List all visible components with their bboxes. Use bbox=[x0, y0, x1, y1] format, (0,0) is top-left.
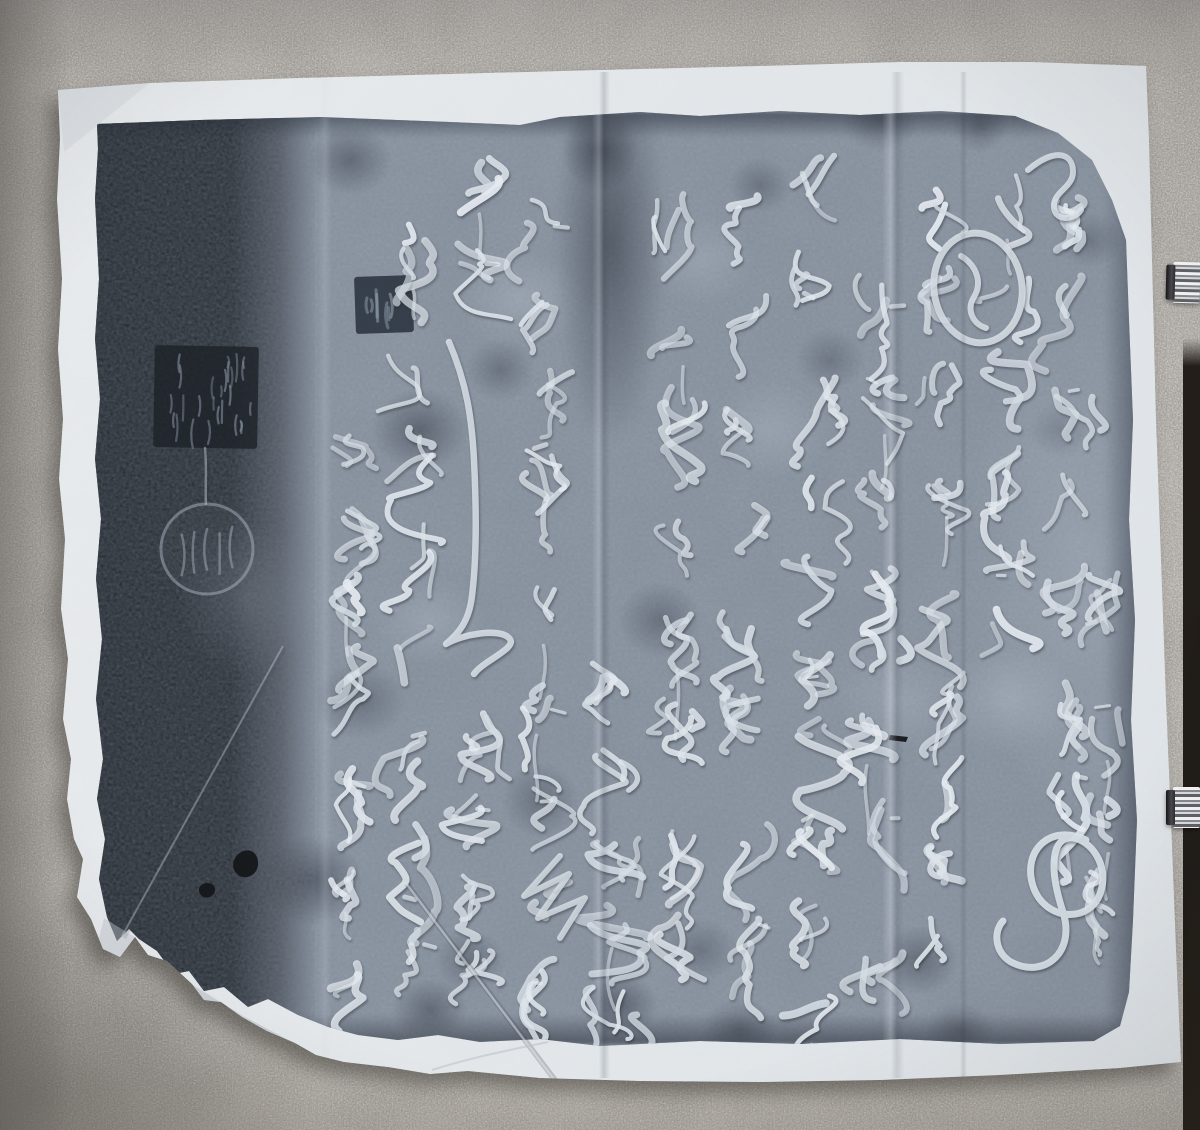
photo-scene bbox=[0, 0, 1200, 1130]
photo-vignette bbox=[0, 0, 1200, 1130]
